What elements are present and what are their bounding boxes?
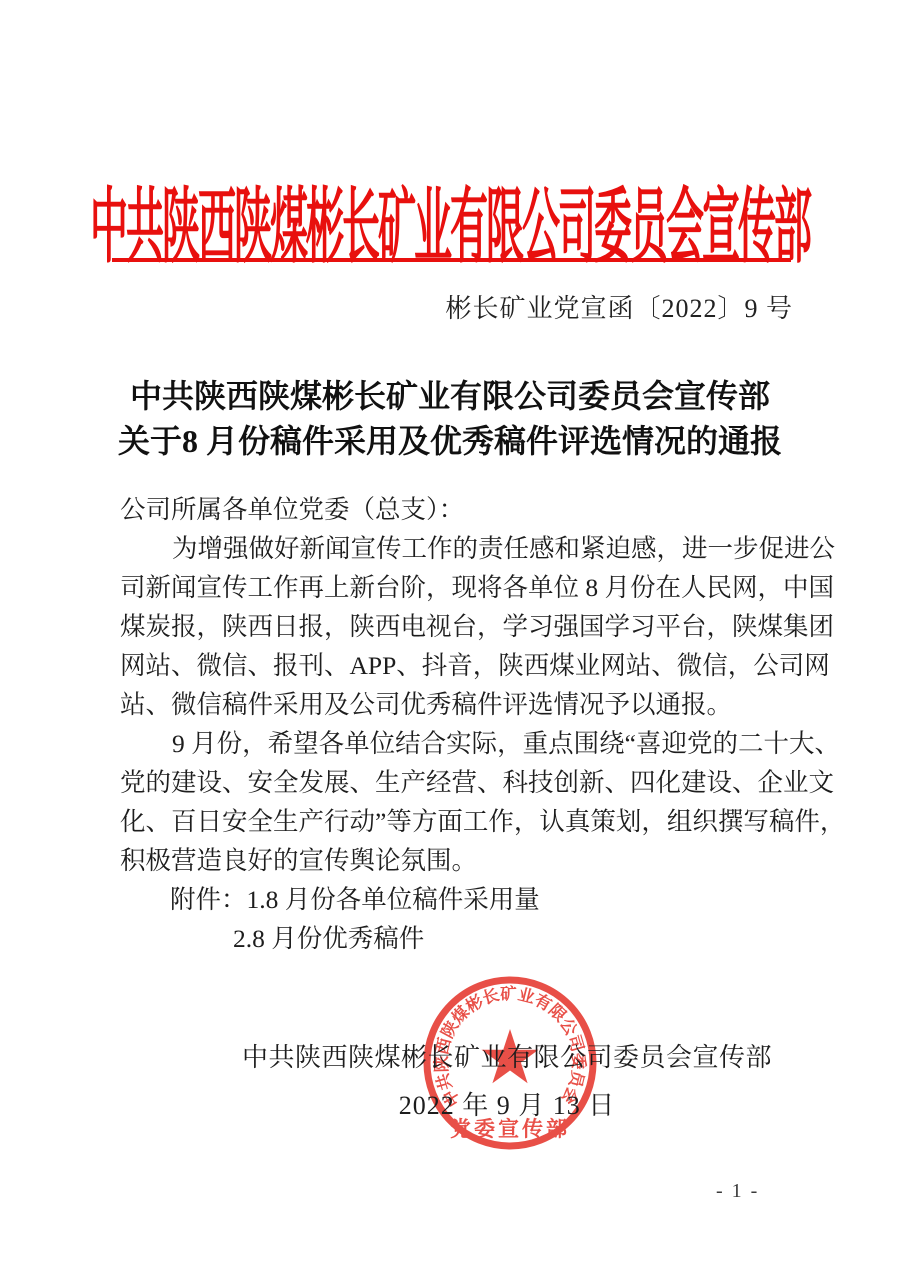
doc-number: 彬长矿业党宣函〔2022〕9 号 [445,288,793,325]
notice-title-line1: 中共陕西陕煤彬长矿业有限公司委员会宣传部 [0,374,900,419]
body-line: 司新闻宣传工作再上新台阶，现将各单位 8 月份在人民网，中国 [120,568,804,607]
signature-org: 中共陕西陕煤彬长矿业有限公司委员会宣传部 [57,1037,900,1074]
document-page: 中共陕西陕煤彬长矿业有限公司委员会宣传部 彬长矿业党宣函〔2022〕9 号 中共… [0,0,900,1273]
attachment-line: 附件：1.8 月份各单位稿件采用量 [120,880,804,919]
attachment-line: 2.8 月份优秀稿件 [120,919,804,958]
notice-title-line2: 关于8 月份稿件采用及优秀稿件评选情况的通报 [0,419,900,464]
body-salutation: 公司所属各单位党委（总支）： [120,490,804,529]
page-number: - 1 - [716,1180,759,1203]
letterhead-divider [112,258,791,262]
body-line: 煤炭报，陕西日报，陕西电视台，学习强国学习平台，陕煤集团 [120,607,804,646]
body-line: 党的建设、安全发展、生产经营、科技创新、四化建设、企业文 [120,763,804,802]
body-line: 9 月份，希望各单位结合实际，重点围绕“喜迎党的二十大、 [120,724,804,763]
body-line: 为增强做好新闻宣传工作的责任感和紧迫感，进一步促进公 [120,529,804,568]
notice-title: 中共陕西陕煤彬长矿业有限公司委员会宣传部 关于8 月份稿件采用及优秀稿件评选情况… [0,374,900,464]
signature-date: 2022 年 9 月 13 日 [57,1085,900,1122]
body-line: 站、微信稿件采用及公司优秀稿件评选情况予以通报。 [120,685,804,724]
body-line: 网站、微信、报刊、APP、抖音，陕西煤业网站、微信，公司网 [120,646,804,685]
notice-body: 公司所属各单位党委（总支）： 为增强做好新闻宣传工作的责任感和紧迫感，进一步促进… [120,490,804,958]
body-line: 积极营造良好的宣传舆论氛围。 [120,841,804,880]
body-line: 化、百日安全生产行动”等方面工作，认真策划，组织撰写稿件， [120,802,804,841]
